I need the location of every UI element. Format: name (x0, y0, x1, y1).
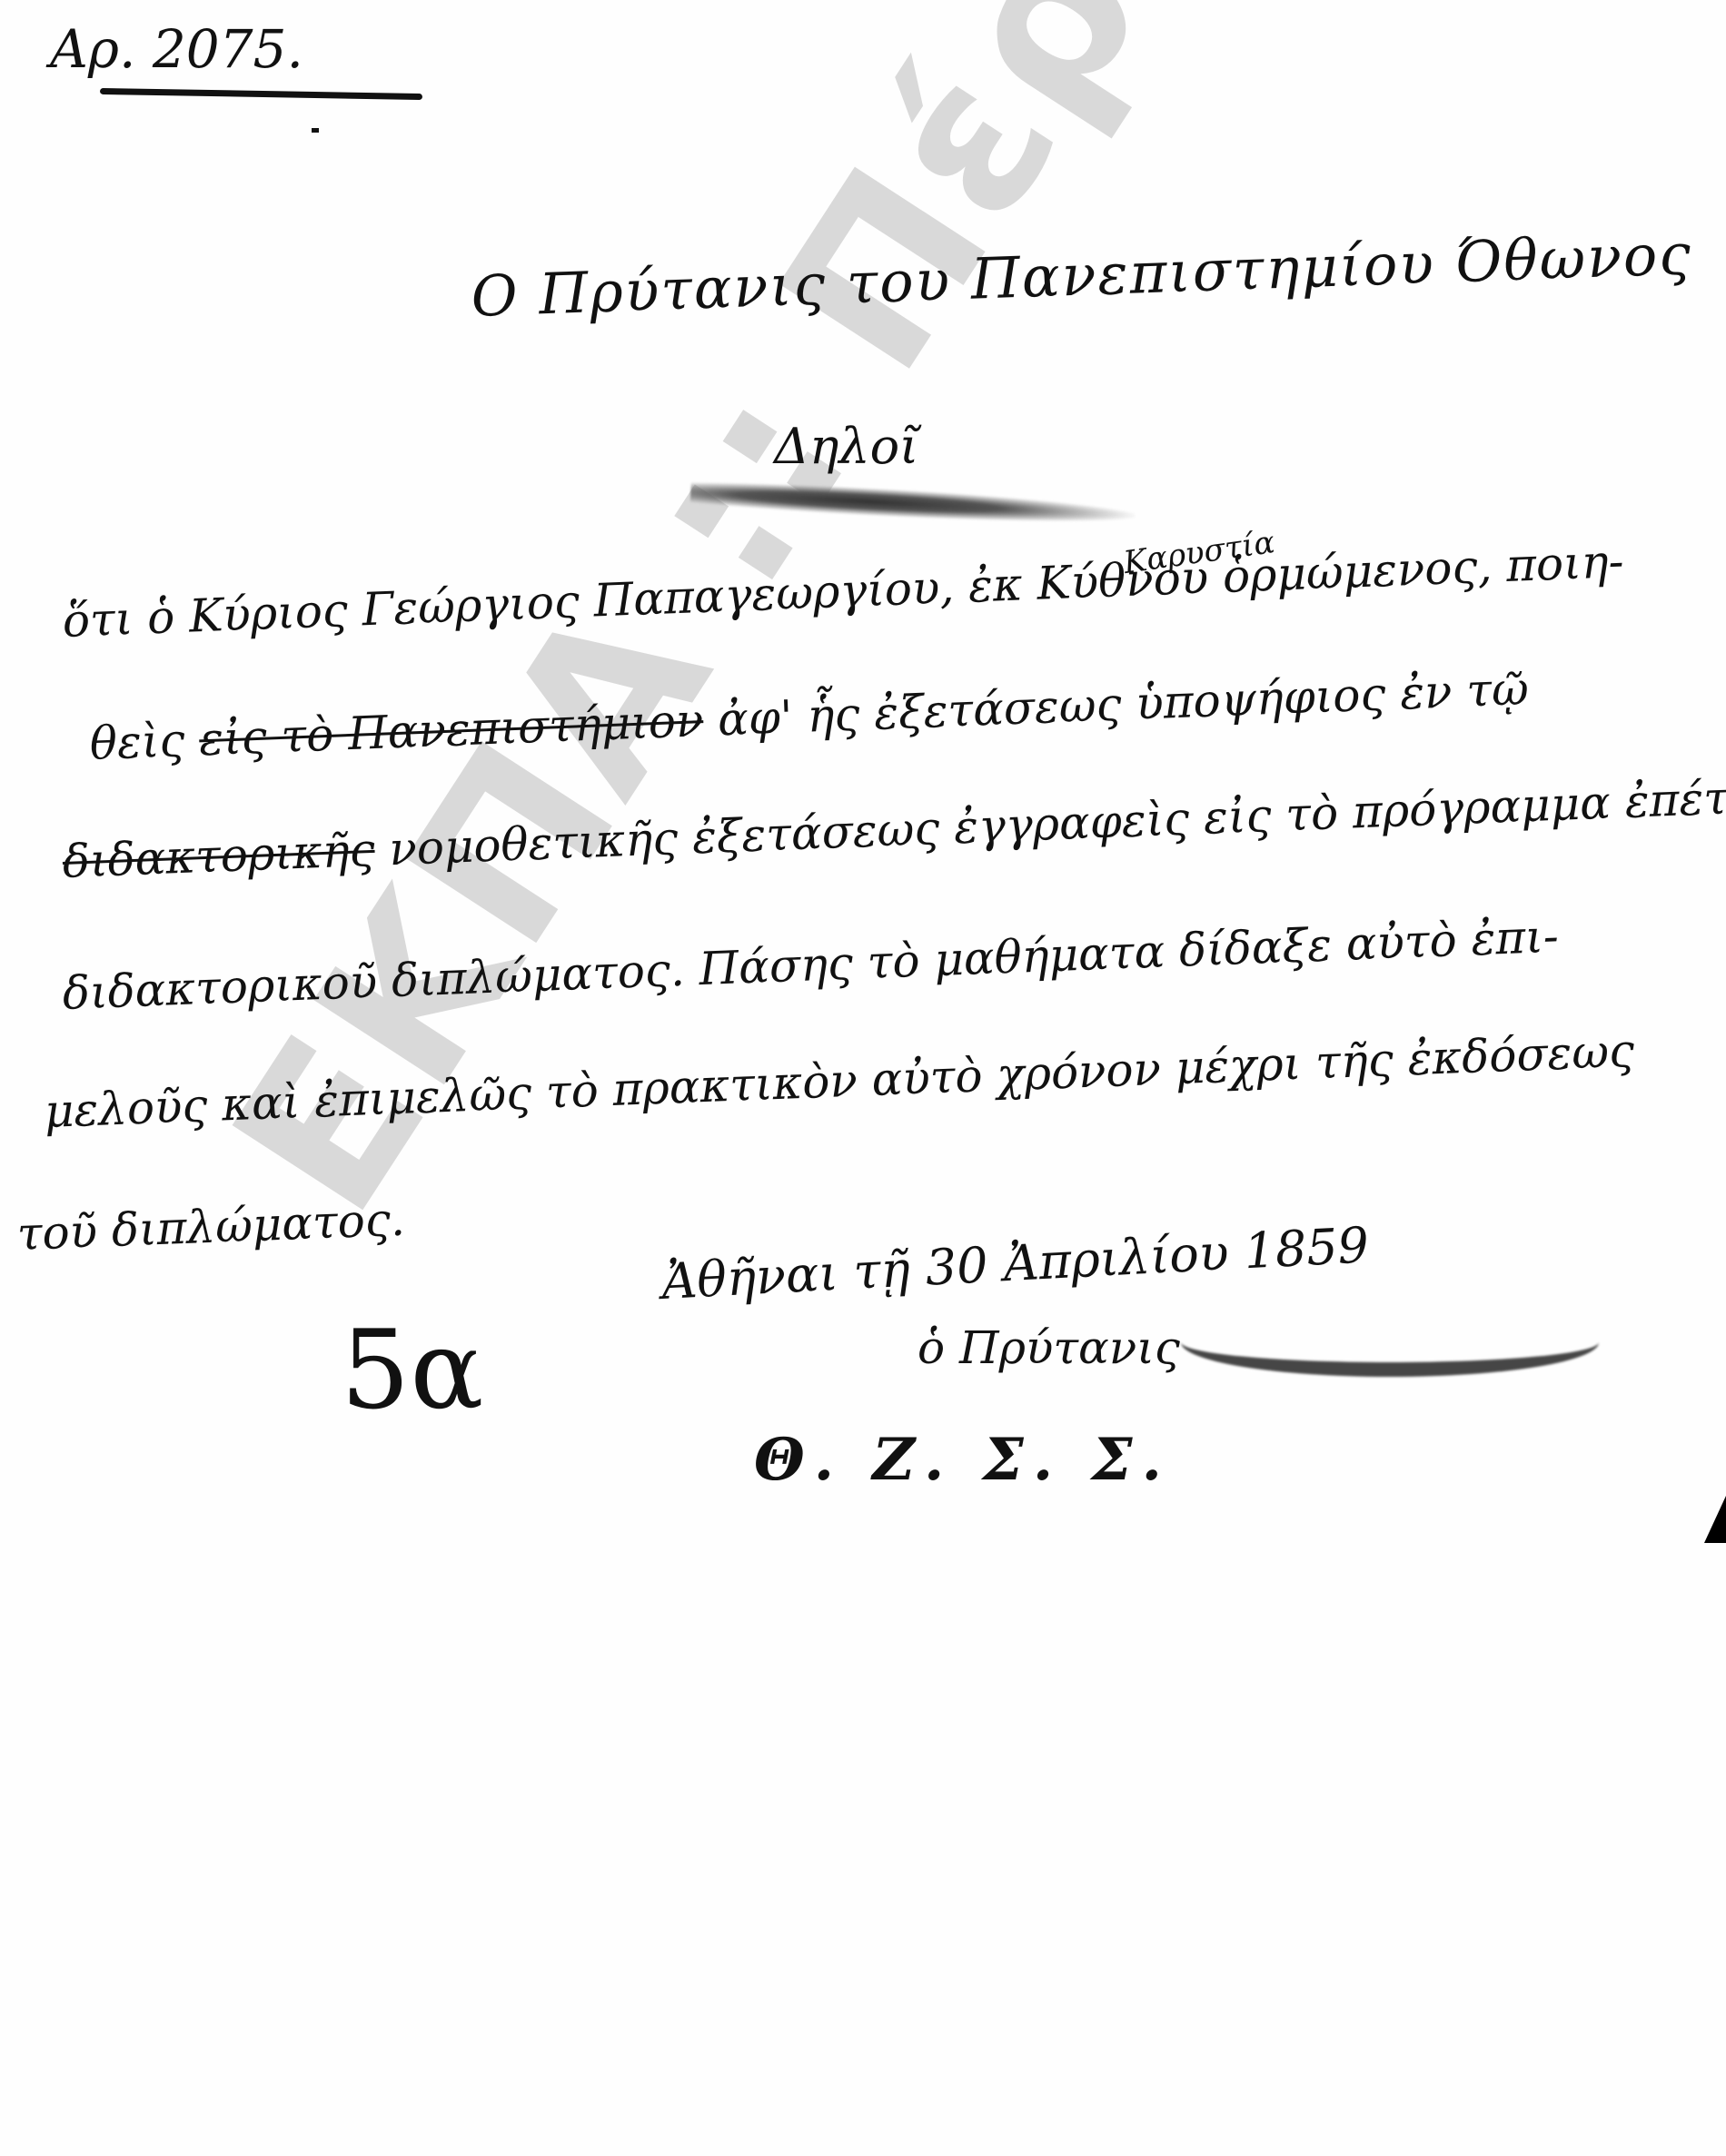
reference-number: Αρ. 2075. (50, 18, 303, 80)
body-line-3: διδακτορικῆς νομοθετικῆς ἐξετάσεως ἐγγρα… (62, 765, 1726, 888)
ink-smudge-underline (690, 479, 1136, 529)
struck-text: διδακτορικῆς (62, 824, 376, 888)
document-subject: Δηλοῖ (774, 418, 918, 475)
body-line-4: διδακτορικοῦ διπλώματος. Πάσης τὸ μαθήμα… (62, 910, 1560, 1020)
signature: Θ. Ζ. Σ. Σ. (754, 1426, 1171, 1494)
struck-text: εἰς τὸ Πανεπιστήμιον (198, 694, 704, 766)
body-line-6: τοῦ διπλώματος. (16, 1193, 406, 1261)
body-line-2: θεὶς εἰς τὸ Πανεπιστήμιον ἀφ' ἧς ἐξετάσε… (89, 662, 1530, 770)
document-heading: Ο Πρύτανις του Πανεπιστημίου Όθωνος (470, 221, 1693, 330)
body-line-1: ὅτι ὁ Κύριος Γεώργιος Παπαγεωργίου, ἐκ Κ… (62, 535, 1625, 648)
scan-edge-mark (1704, 1496, 1726, 1543)
manuscript-page: ΕΚΠΑ :: Πέργαμος Αρ. 2075. Ο Πρύτανις το… (0, 0, 1726, 2156)
ink-smudge-flourish (1181, 1308, 1599, 1377)
signer-title: ὁ Πρύτανις (918, 1321, 1180, 1374)
body-line-5: μελοῦς καὶ ἐπιμελῶς τὸ πρακτικὸν αὐτὸ χρ… (44, 1024, 1635, 1138)
date-line: Ἀθῆναι τῇ 30 Ἀπριλίου 1859 (660, 1216, 1371, 1310)
ink-mark (312, 128, 319, 133)
marginal-note: 5α (341, 1308, 483, 1434)
reference-underline (100, 88, 422, 100)
